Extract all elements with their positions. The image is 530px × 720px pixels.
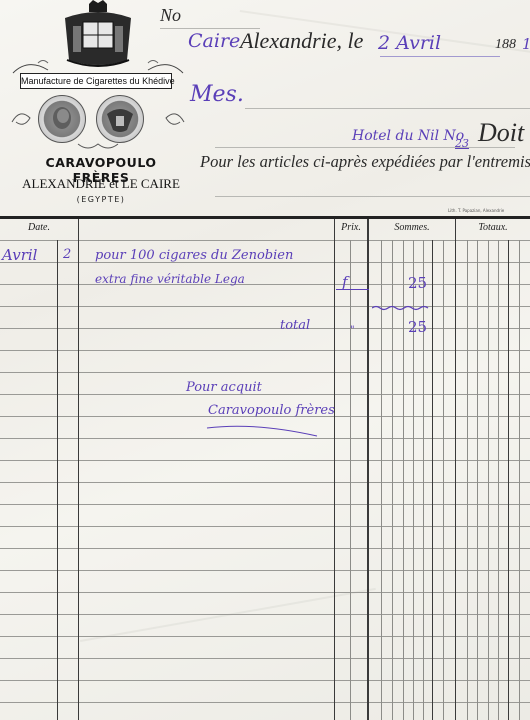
address-rule	[215, 147, 515, 148]
column-header-totaux: Totaux.	[456, 222, 530, 233]
column-header-sommes: Sommes.	[369, 222, 455, 233]
date-rule	[380, 56, 500, 57]
table-row-rule	[0, 306, 530, 307]
printed-year: 188	[495, 37, 516, 53]
doit-label: Doit	[478, 118, 524, 148]
table-row-rule	[0, 350, 530, 351]
totaux-fine-line	[519, 240, 520, 720]
table-row-rule	[0, 482, 530, 483]
sommes-cents-divider	[432, 240, 433, 720]
table-row-rule	[0, 702, 530, 703]
recipient-rule	[245, 108, 530, 109]
table-row-rule	[0, 284, 530, 285]
table-row-rule	[0, 614, 530, 615]
column-header-prix: Prix.	[335, 222, 367, 233]
row-day: 2	[63, 247, 71, 262]
table-row-rule	[0, 504, 530, 505]
handwritten-recipient: Mes.	[190, 82, 244, 107]
banner-khedive: Manufacture de Cigarettes du Khédive	[20, 73, 172, 89]
signature-flourish	[205, 420, 325, 440]
handwritten-city: Caire	[188, 30, 240, 52]
totaux-fine-line	[477, 240, 478, 720]
company-country: (EGYPTE)	[16, 195, 186, 204]
table-row-rule	[0, 570, 530, 571]
sommes-fine-line	[403, 240, 404, 720]
row-total-ditto: "	[350, 325, 355, 336]
table-row-rule	[0, 636, 530, 637]
row-month: Avril	[2, 246, 37, 264]
table-row-rule	[0, 658, 530, 659]
totaux-cents-divider	[508, 240, 509, 720]
table-row-rule	[0, 548, 530, 549]
sommes-fine-line	[413, 240, 414, 720]
table-top-border	[0, 216, 530, 219]
handwritten-address: Hotel du Nil No	[352, 128, 464, 144]
sommes-fine-line	[381, 240, 382, 720]
totaux-fine-line	[488, 240, 489, 720]
printed-city-date: Alexandrie, le	[240, 28, 363, 54]
table-row-rule	[0, 460, 530, 461]
table-row-rule	[0, 328, 530, 329]
prix-sommes-divider	[367, 219, 369, 720]
table-row-rule	[0, 372, 530, 373]
date-desc-divider	[78, 219, 79, 720]
sommes-fine-line	[423, 240, 424, 720]
sommes-totaux-divider	[455, 219, 456, 720]
company-cities: ALEXANDRIE et LE CAIRE	[16, 176, 186, 192]
row-total-label: total	[280, 318, 310, 333]
table-header-rule	[0, 240, 530, 241]
table-row-rule	[0, 394, 530, 395]
totaux-fine-line	[467, 240, 468, 720]
table-row-rule	[0, 680, 530, 681]
row-description: pour 100 cigares du Zenobien	[95, 248, 293, 263]
handwritten-year: 1	[522, 35, 530, 53]
number-label: No	[160, 5, 181, 26]
totaux-fine-line	[498, 240, 499, 720]
room-number: 23	[455, 137, 469, 150]
row-sommes: 25	[408, 274, 427, 292]
handwritten-date: 2 Avril	[378, 32, 441, 54]
flourish-ornament-icon	[8, 92, 188, 152]
letterhead: Manufacture de Cigarettes du Khédive CAR…	[8, 0, 188, 215]
prix-fine-line	[350, 240, 351, 720]
desc-prix-divider	[334, 219, 335, 720]
printer-credit: Lith. T. Papazian, Alexandrie	[448, 208, 504, 213]
date-day-divider	[57, 240, 58, 720]
row-description: extra fine véritable Lega	[95, 272, 245, 286]
articles-rule	[215, 196, 530, 197]
sommes-fine-line	[392, 240, 393, 720]
signature-name: Caravopoulo frères	[208, 403, 335, 418]
signature-acquit: Pour acquit	[186, 380, 262, 395]
sommes-fine-line	[443, 240, 444, 720]
articles-line: Pour les articles ci-après expédiées par…	[200, 152, 530, 172]
prix-dash	[336, 289, 369, 290]
table-row-rule	[0, 592, 530, 593]
invoice-paper: Manufacture de Cigarettes du Khédive CAR…	[0, 0, 530, 720]
row-total-sommes: 25	[408, 318, 427, 336]
column-header-date: Date.	[0, 222, 78, 233]
table-row-rule	[0, 526, 530, 527]
sum-underline	[372, 305, 434, 311]
